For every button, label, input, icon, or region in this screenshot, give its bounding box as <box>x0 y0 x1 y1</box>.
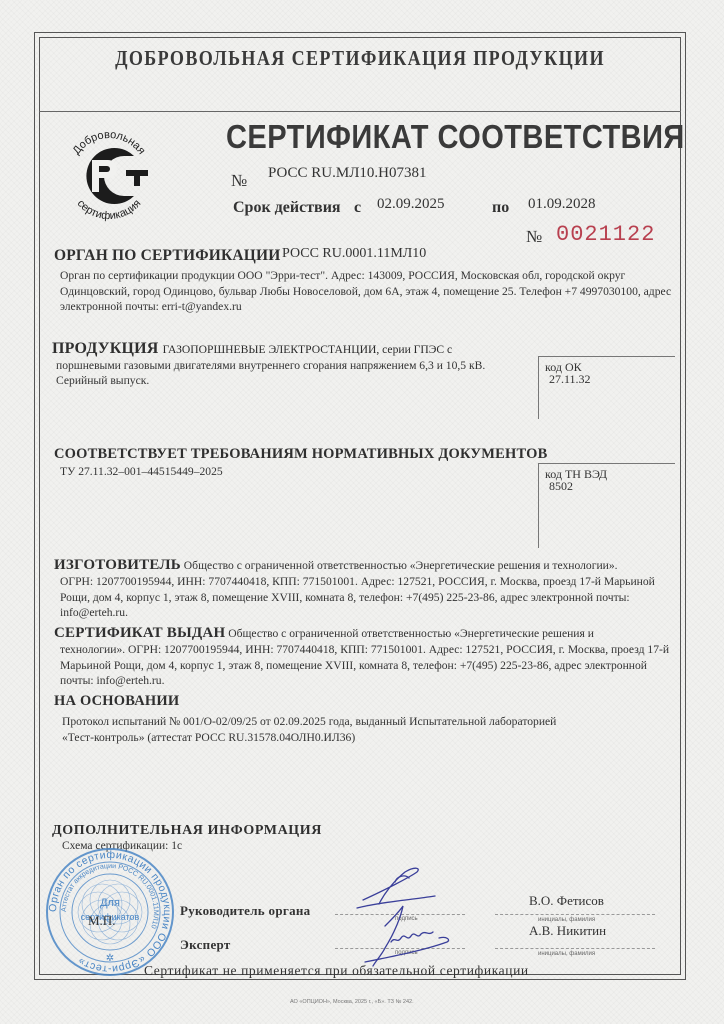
certificate-number: РОСС RU.МЛ10.Н07381 <box>268 165 426 182</box>
issued-to-section: СЕРТИФИКАТ ВЫДАН Общество с ограниченной… <box>54 626 679 689</box>
certificate-number-label: № <box>231 171 247 191</box>
issued-to-name: Общество с ограниченной ответственностью… <box>228 627 594 640</box>
expert-name-line <box>495 948 655 949</box>
blank-number-label: № <box>526 227 542 247</box>
header-divider <box>39 111 681 112</box>
svg-text:Для: Для <box>100 897 120 909</box>
voluntary-certification-title: ДОБРОВОЛЬНАЯ СЕРТИФИКАЦИЯ ПРОДУКЦИИ <box>84 46 636 71</box>
certification-body-details: Орган по сертификации продукции ООО "Эрр… <box>60 268 680 315</box>
okpd-code-value: 27.11.32 <box>545 373 675 385</box>
tnved-code-value: 8502 <box>545 480 675 492</box>
okpd-code-box: код ОК 27.11.32 <box>538 356 675 419</box>
basis-details: Протокол испытаний № 001/О-02/09/25 от 0… <box>62 714 572 745</box>
stamp-place-mark: М.П. <box>88 913 115 929</box>
head-of-body-name: В.О. Фетисов <box>529 893 604 909</box>
certification-body-registration: РОСС RU.0001.11МЛ10 <box>282 246 426 262</box>
head-name-line <box>495 914 655 915</box>
tnved-code-box: код ТН ВЭД 8502 <box>538 463 675 548</box>
basis-heading: НА ОСНОВАНИИ <box>54 693 179 710</box>
product-line-2: поршневыми газовыми двигателями внутренн… <box>56 358 526 374</box>
voluntary-only-note: Сертификат не применяется при обязательн… <box>144 963 529 979</box>
blank-serial-number: 0021122 <box>556 222 655 247</box>
product-heading: ПРОДУКЦИЯ <box>52 340 159 357</box>
product-section: ПРОДУКЦИЯ ГАЗОПОРШНЕВЫЕ ЭЛЕКТРОСТАНЦИИ, … <box>52 340 452 359</box>
manufacturer-heading: ИЗГОТОВИТЕЛЬ <box>54 557 181 573</box>
valid-to-date: 01.09.2028 <box>528 196 596 213</box>
additional-info-heading: ДОПОЛНИТЕЛЬНАЯ ИНФОРМАЦИЯ <box>52 823 322 839</box>
svg-text:✲: ✲ <box>106 953 114 964</box>
valid-from-label: с <box>354 199 361 217</box>
certification-body-heading: ОРГАН ПО СЕРТИФИКАЦИИ <box>54 247 281 265</box>
certificate-title: СЕРТИФИКАТ СООТВЕТСТВИЯ <box>226 118 685 156</box>
rst-voluntary-certification-logo-icon: Добровольная сертификация <box>54 120 164 230</box>
handwritten-signatures-icon <box>355 862 465 972</box>
product-name: ГАЗОПОРШНЕВЫЕ ЭЛЕКТРОСТАНЦИИ, серии ГПЭС… <box>163 343 453 356</box>
valid-to-label: по <box>492 199 509 217</box>
head-of-body-label: Руководитель органа <box>180 903 310 919</box>
expert-name: А.В. Никитин <box>529 923 606 939</box>
valid-from-date: 02.09.2025 <box>377 196 445 213</box>
validity-label: Срок действия <box>233 199 341 217</box>
product-line-3: Серийный выпуск. <box>56 373 526 389</box>
manufacturer-details: ОГРН: 1207700195944, ИНН: 7707440418, КП… <box>54 574 679 621</box>
issued-to-heading: СЕРТИФИКАТ ВЫДАН <box>54 625 225 641</box>
manufacturer-name: Общество с ограниченной ответственностью… <box>184 559 618 572</box>
certification-body-stamp-icon: Орган по сертификации продукции ООО «Эрр… <box>44 846 176 978</box>
conformity-heading: СООТВЕТСТВУЕТ ТРЕБОВАНИЯМ НОРМАТИВНЫХ ДО… <box>54 446 548 463</box>
issued-to-details: технологии». ОГРН: 1207700195944, ИНН: 7… <box>54 642 679 689</box>
expert-label: Эксперт <box>180 937 231 953</box>
normative-document: ТУ 27.11.32–001–44515449–2025 <box>60 464 500 480</box>
expert-name-caption: инициалы, фамилия <box>538 951 595 957</box>
printer-imprint: АО «ОПЦИОН», Москва, 2025 г., «Б». ТЗ № … <box>290 999 414 1005</box>
manufacturer-section: ИЗГОТОВИТЕЛЬ Общество с ограниченной отв… <box>54 558 679 621</box>
